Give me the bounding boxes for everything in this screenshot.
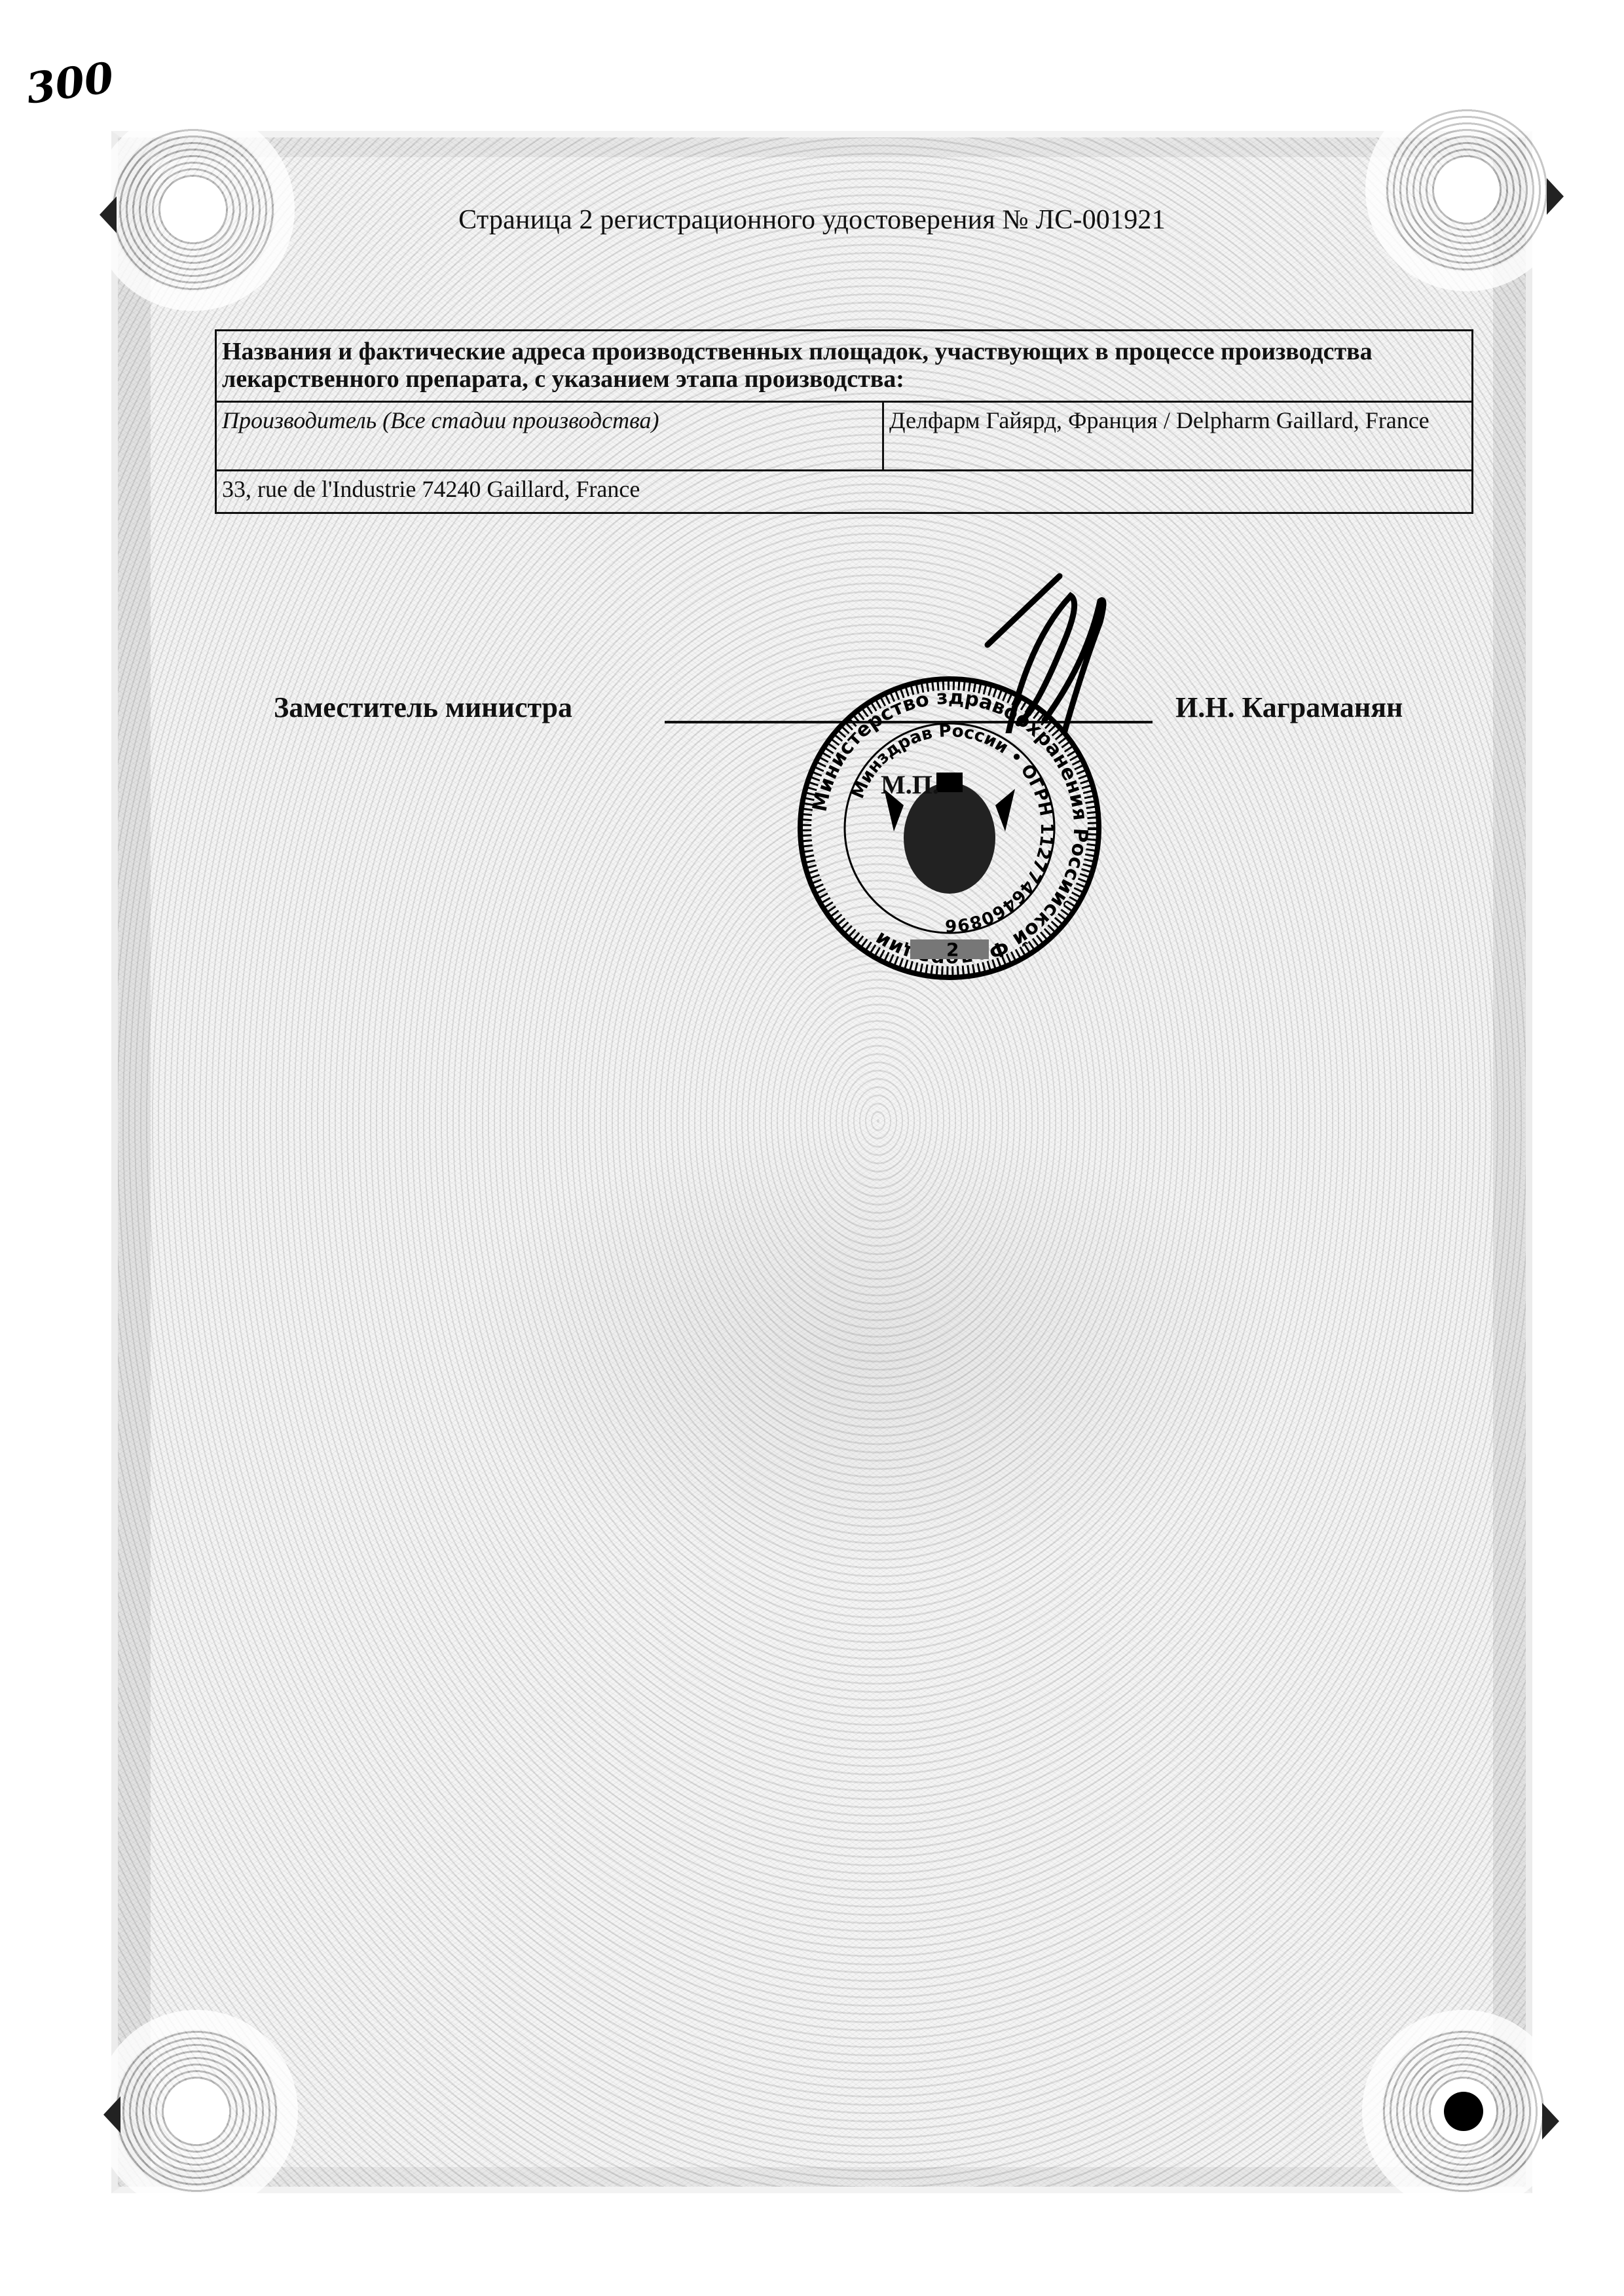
site-role: Производитель (Все стадии производства) <box>216 402 883 471</box>
page-header: Страница 2 регистрационного удостоверени… <box>0 204 1624 236</box>
stamp-mp-label: М.П. <box>881 769 939 800</box>
site-company: Делфарм Гайярд, Франция / Delpharm Gaill… <box>883 402 1473 471</box>
official-seal: Министерство здравоохранения Российской … <box>796 674 1103 982</box>
site-address: 33, rue de l'Industrie 74240 Gaillard, F… <box>216 471 1473 513</box>
table-row: 33, rue de l'Industrie 74240 Gaillard, F… <box>216 471 1473 513</box>
table-header-row: Названия и фактические адреса производст… <box>216 331 1473 402</box>
arrow-right-icon <box>1542 2103 1559 2140</box>
table-heading: Названия и фактические адреса производст… <box>216 331 1473 402</box>
handwritten-page-number: 300 <box>23 53 117 114</box>
signatory-position: Заместитель министра <box>274 691 572 724</box>
production-sites-table: Названия и фактические адреса производст… <box>215 329 1473 514</box>
corner-rosette-top-right <box>1385 108 1549 272</box>
arrow-left-icon <box>103 2096 120 2133</box>
table-row: Производитель (Все стадии производства) … <box>216 402 1473 471</box>
signatory-name: И.Н. Каграманян <box>1175 691 1403 724</box>
svg-text:2: 2 <box>946 939 959 960</box>
corner-rosette-bottom-right <box>1382 2030 1545 2193</box>
corner-rosette-bottom-left <box>115 2030 278 2193</box>
punch-hole-icon <box>1444 2092 1483 2131</box>
